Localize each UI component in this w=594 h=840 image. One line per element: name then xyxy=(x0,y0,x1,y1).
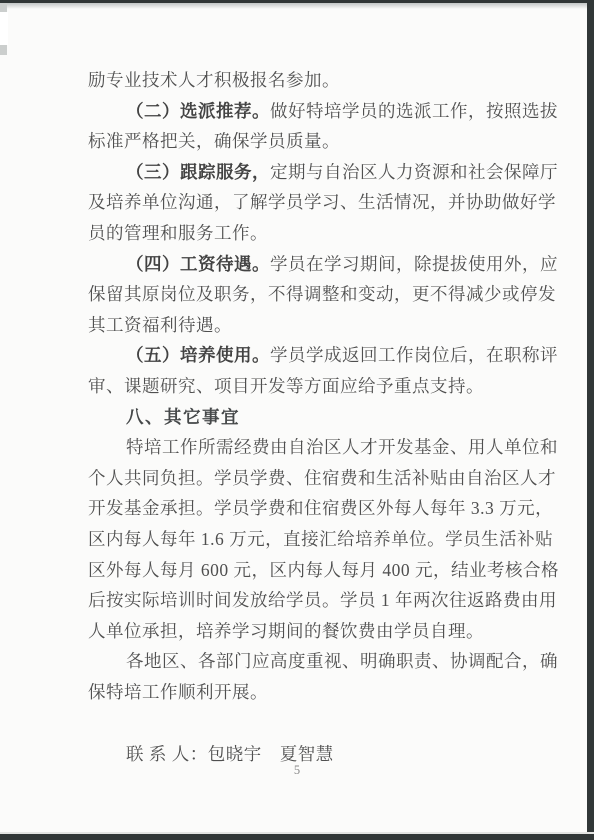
emphasis-text: （四）工资待遇。 xyxy=(126,254,270,274)
scanned-document-page: 励专业技术人才积极报名参加。（二）选派推荐。做好特培学员的选派工作，按照选拔标准… xyxy=(0,0,594,840)
body-text: 学员在学习期间，除提拔使用外，应 xyxy=(270,254,558,274)
body-text: 审、课题研究、项目开发等方面应给予重点支持。 xyxy=(88,376,484,396)
text-line: 开发基金承担。学员学费和住宿费区外每人每年 3.3 万元， xyxy=(88,493,536,524)
text-line: 特培工作所需经费由自治区人才开发基金、用人单位和 xyxy=(88,432,536,463)
body-text: 区内每人每年 1.6 万元，直接汇给培养单位。学员生活补贴 xyxy=(88,529,553,549)
text-line: 励专业技术人才积极报名参加。 xyxy=(88,65,536,96)
emphasis-text: 八、其它事宜 xyxy=(126,407,240,427)
body-text: 区外每人每月 600 元，区内每人每月 400 元，结业考核合格 xyxy=(88,560,559,580)
text-line: 个人共同负担。学员学费、住宿费和生活补贴由自治区人才 xyxy=(88,463,536,494)
body-text: 人单位承担，培养学习期间的餐饮费由学员自理。 xyxy=(88,621,484,641)
emphasis-text: （三）跟踪服务， xyxy=(126,162,270,182)
scan-edge-bottom xyxy=(0,834,594,840)
emphasis-text: （五）培养使用。 xyxy=(126,345,270,365)
body-text: 特培工作所需经费由自治区人才开发基金、用人单位和 xyxy=(126,437,558,457)
body-text: 保特培工作顺利开展。 xyxy=(88,682,268,702)
body-text: 标准严格把关，确保学员质量。 xyxy=(88,131,340,151)
text-line: 人单位承担，培养学习期间的餐饮费由学员自理。 xyxy=(88,616,536,647)
text-line: 区内每人每年 1.6 万元，直接汇给培养单位。学员生活补贴 xyxy=(88,524,536,555)
body-text: 开发基金承担。学员学费和住宿费区外每人每年 3.3 万元， xyxy=(88,498,553,518)
text-line: 保留其原岗位及职务，不得调整和变动，更不得减少或停发 xyxy=(88,279,536,310)
text-line: 及培养单位沟通，了解学员学习、生活情况，并协助做好学 xyxy=(88,187,536,218)
body-text: 做好特培学员的选派工作，按照选拔 xyxy=(270,101,558,121)
text-line: 后按实际培训时间发放给学员。学员 1 年两次往返路费由用 xyxy=(88,585,536,616)
body-text: 后按实际培训时间发放给学员。学员 1 年两次往返路费由用 xyxy=(88,590,557,610)
body-text: 定期与自治区人力资源和社会保障厅 xyxy=(270,162,558,182)
text-line: 保特培工作顺利开展。 xyxy=(88,677,536,708)
text-line: 各地区、各部门应高度重视、明确职责、协调配合，确 xyxy=(88,646,536,677)
text-line: 区外每人每月 600 元，区内每人每月 400 元，结业考核合格 xyxy=(88,555,536,586)
section-heading: 八、其它事宜 xyxy=(88,402,536,433)
body-text: 保留其原岗位及职务，不得调整和变动，更不得减少或停发 xyxy=(88,284,556,304)
body-text: 各地区、各部门应高度重视、明确职责、协调配合，确 xyxy=(126,651,558,671)
scan-edge-right xyxy=(587,0,594,840)
text-line: （五）培养使用。学员学成返回工作岗位后，在职称评 xyxy=(88,340,536,371)
body-text: 员的管理和服务工作。 xyxy=(88,223,268,243)
body-text: 学员学成返回工作岗位后，在职称评 xyxy=(270,345,558,365)
text-line: 标准严格把关，确保学员质量。 xyxy=(88,126,536,157)
scan-edge-top-shadow xyxy=(0,3,594,9)
text-line: （三）跟踪服务，定期与自治区人力资源和社会保障厅 xyxy=(88,157,536,188)
text-line: 其工资福利待遇。 xyxy=(88,310,536,341)
text-line: 审、课题研究、项目开发等方面应给予重点支持。 xyxy=(88,371,536,402)
body-text: 个人共同负担。学员学费、住宿费和生活补贴由自治区人才 xyxy=(88,468,556,488)
scan-corner-notch xyxy=(0,12,8,45)
body-text: 励专业技术人才积极报名参加。 xyxy=(88,70,340,90)
body-text: 及培养单位沟通，了解学员学习、生活情况，并协助做好学 xyxy=(88,192,556,212)
document-body: 励专业技术人才积极报名参加。（二）选派推荐。做好特培学员的选派工作，按照选拔标准… xyxy=(88,65,536,707)
body-text: 其工资福利待遇。 xyxy=(88,315,232,335)
text-line: （二）选派推荐。做好特培学员的选派工作，按照选拔 xyxy=(88,96,536,127)
text-line: （四）工资待遇。学员在学习期间，除提拔使用外，应 xyxy=(88,249,536,280)
text-line: 员的管理和服务工作。 xyxy=(88,218,536,249)
emphasis-text: （二）选派推荐。 xyxy=(126,101,270,121)
page-number: 5 xyxy=(0,763,594,778)
